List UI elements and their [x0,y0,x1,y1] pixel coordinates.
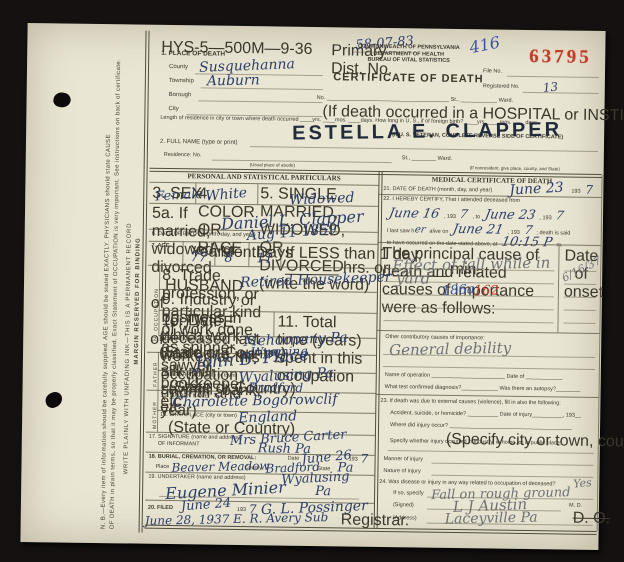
cause-code-red: 162 [474,283,499,298]
filed-label: 20. FILED [148,505,173,512]
undertaker-state-value: Pa [315,484,331,499]
marital-value: Widowed [289,190,355,208]
certify-line1: 22. I HEREBY CERTIFY, That I attended de… [383,196,520,204]
burial-county-label: County [244,465,262,472]
if-so-label: If so, specify [393,490,424,497]
informant-label2: OF INFORMANT [158,441,200,448]
mother-bp-value: England [238,408,298,426]
full-name-value: ESTELLA E. CLAPPER [292,119,562,146]
operation-line: Name of operation ______________________… [385,372,563,381]
st-ward-line: St., ________ Ward. [402,155,452,162]
margin-note-line2: WRITE PLAINLY WITH UNFADING INK—THIS IS … [123,223,133,475]
place-of-death-label: 1. PLACE OF DEATH [161,50,225,58]
accident-line: Accident, suicide, or homicide? ________… [390,410,581,419]
sex-value: Female [155,187,204,205]
nature-of-injury-label: Nature of injury [383,468,420,475]
city-label: City [168,106,178,113]
certificate-paper: N. B.—Every item of information should b… [20,23,605,550]
age-days-value: 11 [256,251,273,266]
dod-year-value: 7 [585,183,593,197]
certificate-number-stamp: 63795 [529,46,592,69]
specify-where-line: Specify whether injury occurred in indus… [390,438,561,447]
scanned-death-certificate: N. B.—Every item of information should b… [0,0,624,562]
right-column-heading: MEDICAL CERTIFICATE OF DEATH [382,175,601,186]
borough-label: Borough [169,92,192,99]
cause-code-blue: 186a [442,282,475,299]
maiden-name-value: Charolette Bogorowclif [172,391,337,410]
nonresident-note: (If nonresident, give place, county, and… [470,165,560,171]
township-value: Auburn [207,72,260,89]
where-injury-line: Where did injury occur? ________________… [390,422,572,431]
punch-hole-top [52,90,72,109]
file-no-label: File No. [483,68,502,75]
margin-note-line4: OF DEATH in plain terms, so that it may … [110,59,123,529]
age-label: 7. AGE [152,243,170,250]
manner-of-injury-label: Manner of injury [384,456,424,463]
punch-hole-bottom [43,390,64,410]
residence-label: Residence: No. [164,152,202,159]
signed-label: (Signed) [393,502,414,509]
township-label: Township [169,78,194,85]
md-label: M. D. [569,503,582,510]
county-label: County [169,64,188,71]
age-years-value: 77 [190,250,207,265]
certificate-title: CERTIFICATE OF DEATH [321,71,496,85]
address-label: (Address) [393,515,417,522]
related-occupation-value: Yes [573,476,593,491]
external-causes-label: 23. If death was due to external causes … [380,398,560,407]
full-name-label: 2. FULL NAME (type or print) [160,139,238,147]
dod-label: 21. DATE OF DEATH (month, day, and year) [383,186,492,194]
burial-place-label: Place [155,464,169,471]
father-name-label: 13. NAME [161,355,186,362]
dod-year-print: 193 [571,189,580,196]
registered-no-value: 13 [542,80,558,95]
certificate-form: HYS-5—500M—9-36 1. PLACE OF DEATH County… [144,33,603,543]
abode-note: (Usual place of abode) [250,162,295,168]
test-autopsy-line: What test confirmed diagnosis?__________… [385,384,581,393]
pencil-mark: 416 [468,33,502,58]
age-months-value: 8 [224,251,232,266]
registered-no-label: Registered No. [483,83,520,90]
cause-line2: yard [396,269,430,287]
burial-year-value: 7 [361,452,369,466]
column-divider [374,172,383,528]
